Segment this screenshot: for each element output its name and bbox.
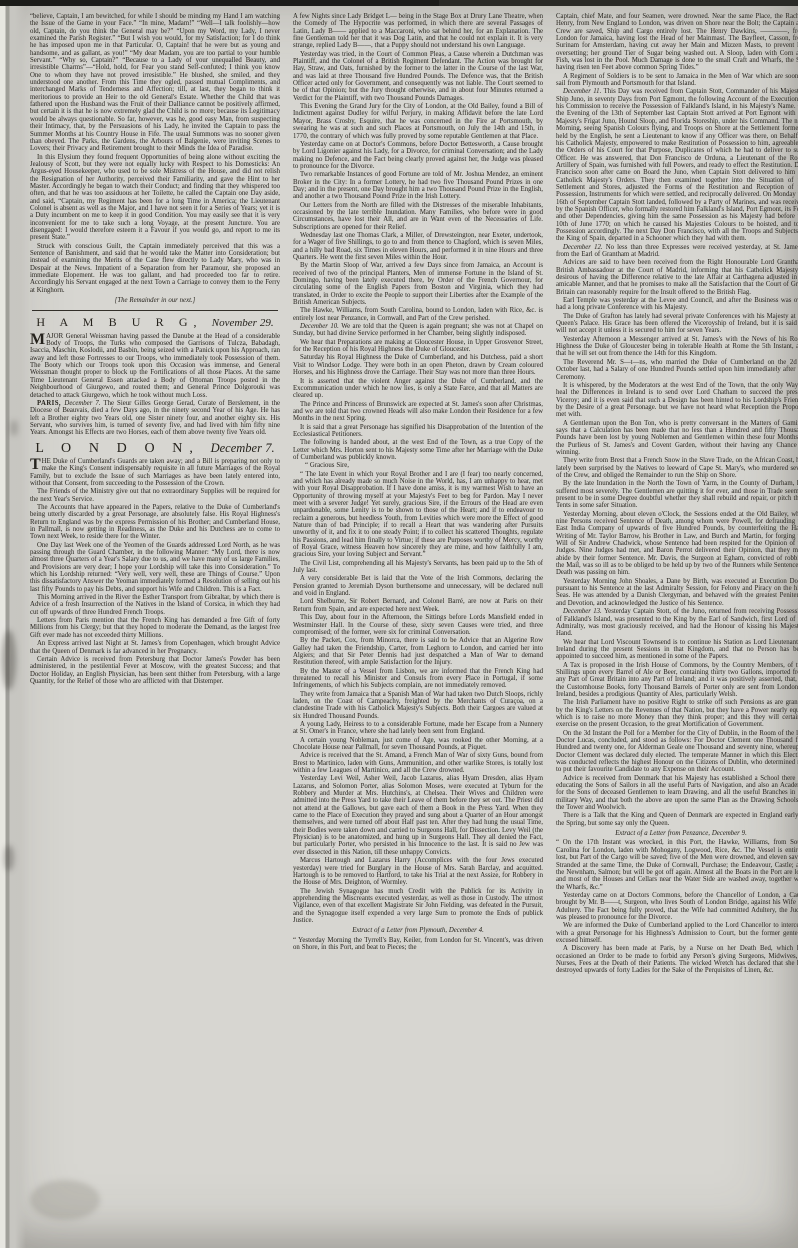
drop-cap: T (30, 458, 42, 472)
to-be-continued-note: [The Remainder in our next.] (30, 297, 280, 304)
london-news-paragraph: An Express arrived last Night at St. Jam… (30, 640, 280, 655)
scan-smudge (30, 1180, 100, 1220)
letter-salutation: “ Gracious Sire, (293, 462, 543, 469)
news-paragraph: Earl Temple was yesterday at the Levee a… (556, 297, 798, 312)
scan-top-edge (0, 0, 798, 6)
heading-place: L O N D O N, (35, 441, 210, 456)
news-paragraph: Yesterday Morning, about eleven o'Clock,… (556, 511, 798, 577)
hamburg-news-paragraph: MAJOR General Weissman having passed the… (30, 333, 280, 399)
news-paragraph: This Day, about four in the Afternoon, t… (293, 614, 543, 636)
london-dateline-heading: L O N D O N, December 7. (30, 445, 280, 454)
news-paragraph: Marcus Hartough and Lazarus Harry (Accom… (293, 857, 543, 886)
news-paragraph: It is asserted that the violent Anger ag… (293, 378, 543, 400)
news-paragraph: This Evening the Grand Jury for the City… (293, 103, 543, 140)
news-paragraph: A certain young Nobleman, just come of A… (293, 737, 543, 752)
extract-heading: Extract of a Letter from Plymouth, Decem… (293, 927, 543, 934)
news-paragraph: The Reverend Mr. S—t—ns, who married the… (556, 359, 798, 381)
newspaper-page: { "page": { "kind": "eighteenth-century … (0, 0, 798, 1248)
news-paragraph: It is whispered, by the Moderators at th… (556, 382, 798, 419)
news-paragraph: Advice is received from Denmark that his… (556, 775, 798, 812)
london-news-paragraph: This Morning arrived in the River the Es… (30, 594, 280, 616)
news-paragraph: We hear that Preparations are making at … (293, 339, 543, 354)
news-paragraph: It is said that a great Personage has si… (293, 424, 543, 439)
extract-paragraph: “ On the 17th Instant was wrecked, in th… (556, 839, 798, 890)
news-paragraph: Yesterday was tried, in the Court of Com… (293, 51, 543, 102)
news-paragraph: By the Master of a Vessel from Lisbon, w… (293, 668, 543, 690)
dateline-date: December 10. (300, 323, 341, 330)
serial-story-paragraph: Struck with conscious Guilt, the Captain… (30, 243, 280, 294)
news-paragraph: By the Packet, Cox, from Minorca, there … (293, 637, 543, 666)
news-paragraph: We hear that Lord Viscount Townsend is t… (556, 639, 798, 661)
news-paragraph: We are informed the Duke of Cumberland a… (556, 922, 798, 944)
extract-paragraph: “ Yesterday Morning the Tyrrell's Bay, K… (293, 937, 543, 952)
dateline-date: December 12. (563, 244, 606, 251)
section-rule (32, 310, 278, 311)
news-paragraph: A very considerable Bet is laid that the… (293, 575, 543, 597)
dateline-date: December 11. (563, 88, 604, 95)
dated-news-paragraph: December 13. Yesterday Captain Stott, of… (556, 608, 798, 637)
london-news-paragraph: Letters from Paris mention that the Fren… (30, 617, 280, 639)
right-column: Captain, chief Mate, and four Seamen, we… (556, 13, 798, 976)
news-paragraph: There is a Talk that the King and Queen … (556, 812, 798, 827)
dated-news-paragraph: December 10. We are told that the Queen … (293, 323, 543, 338)
news-paragraph: By the Martin Sloop of War, arrived a fe… (293, 262, 543, 306)
news-paragraph: A Discovery has been made at Paris, by a… (556, 945, 798, 974)
news-paragraph: The Civil List, comprehending all his Ma… (293, 560, 543, 575)
news-paragraph: Yesterday Levi Weil, Asher Weil, Jacob L… (293, 775, 543, 856)
news-paragraph: Advices are said to have been received f… (556, 259, 798, 296)
news-paragraph: A Tax is proposed in the Irish House of … (556, 662, 798, 699)
news-paragraph: The Prince and Princess of Brunswick are… (293, 401, 543, 423)
newspaper-sheet: “believe, Captain, I am bewitched, for w… (0, 0, 798, 976)
scan-left-page-edge (0, 0, 26, 1248)
news-paragraph: The Irish Parliament have no positive Ri… (556, 699, 798, 728)
heading-date: November 29. (212, 317, 274, 329)
news-paragraph: The Jewish Synagogue has much Credit wit… (293, 888, 543, 925)
news-paragraph: The Duke of Grafton has lately had sever… (556, 313, 798, 335)
letter-body-paragraph: “ The late Event in which your Royal Bro… (293, 471, 543, 559)
news-paragraph: Our Letters from the North are filled wi… (293, 202, 543, 231)
dated-news-paragraph: December 12. No less than three Expresse… (556, 244, 798, 259)
middle-column: A few Nights since Lady Bridget L— being… (293, 13, 543, 976)
news-paragraph: Lord Shelburne, Sir Robert Bernard, and … (293, 598, 543, 613)
left-column: “believe, Captain, I am bewitched, for w… (30, 13, 280, 976)
serial-story-paragraph: In this Elysium they found frequent Oppo… (30, 154, 280, 242)
extract-continuation-paragraph: Captain, chief Mate, and four Seamen, we… (556, 13, 798, 72)
news-paragraph: They write from Jamaica that a Spanish M… (293, 691, 543, 720)
extract-heading: Extract of a Letter from Penzance, Decem… (556, 830, 798, 837)
news-paragraph: Yesterday came on at Doctor's Commons, b… (293, 141, 543, 170)
dateline-date: December 13. (563, 608, 604, 615)
london-news-paragraph: THE Duke of Cumberland's Guards are take… (30, 458, 280, 487)
news-paragraph: Wednesday last one Thomas Clark, a Mille… (293, 232, 543, 261)
news-paragraph: A Regiment of Soldiers is to be sent to … (556, 73, 798, 88)
dateline-date: December 7. (64, 400, 103, 407)
news-paragraph: Yesterday came on at Doctors Commons, be… (556, 892, 798, 921)
london-news-paragraph: The Friends of the Ministry give out tha… (30, 488, 280, 503)
news-paragraph: The following is handed about, at the we… (293, 439, 543, 461)
dateline-place: PARIS, (37, 400, 64, 407)
news-paragraph: Yesterday Morning John Shoales, a Dane b… (556, 578, 798, 607)
news-paragraph: Yesterday Afternoon a Messenger arrived … (556, 336, 798, 358)
hamburg-dateline-heading: H A M B U R G, November 29. (30, 319, 280, 328)
serial-story-paragraph: “believe, Captain, I am bewitched, for w… (30, 13, 280, 153)
heading-place: H A M B U R G, (36, 315, 211, 329)
paris-news-paragraph: PARIS, December 7. The Sieur Gilles Geor… (30, 400, 280, 437)
heading-date: December 7. (211, 441, 275, 455)
news-paragraph: They write from Brest that a French Snow… (556, 457, 798, 479)
news-paragraph: Two remarkable Instances of good Fortune… (293, 171, 543, 200)
news-paragraph: A young Lady, Heiress to to a considerab… (293, 721, 543, 736)
news-paragraph: Saturday his Royal Highness the Duke of … (293, 354, 543, 376)
london-news-paragraph: One Day last Week one of the Yeomen of t… (30, 542, 280, 593)
news-paragraph: By the late Inundation in the North the … (556, 480, 798, 509)
london-news-paragraph: The Accounts that have appeared in the P… (30, 504, 280, 541)
drop-cap: M (30, 333, 46, 347)
news-paragraph: A few Nights since Lady Bridget L— being… (293, 13, 543, 50)
news-paragraph: The Hawke, Williams, from South Carolina… (293, 307, 543, 322)
news-paragraph: On the 3d Instant the Poll for a Member … (556, 730, 798, 774)
london-news-paragraph: Certain Advice is received from Petersbu… (30, 656, 280, 685)
news-paragraph: Advice is received that the St. Amand, a… (293, 752, 543, 774)
dated-news-paragraph: December 11. This Day was received from … (556, 88, 798, 242)
news-paragraph: A Gentleman upon the Bon Ton, who is pre… (556, 420, 798, 457)
